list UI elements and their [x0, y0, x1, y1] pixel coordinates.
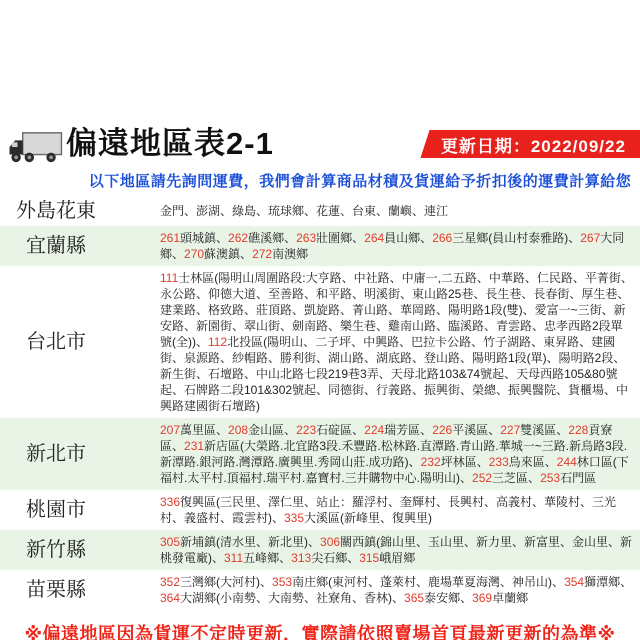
- area-names: 石碇區、: [316, 423, 364, 437]
- page-title: 偏遠地區表2-1: [66, 118, 274, 163]
- update-date-badge: 更新日期：2022/09/22: [420, 130, 640, 158]
- truck-icon: [6, 130, 64, 164]
- area-code: 266: [432, 231, 452, 245]
- region-name-label: 苗栗縣: [0, 579, 112, 601]
- region-name-label: 新竹縣: [0, 539, 112, 561]
- area-code: 208: [228, 423, 248, 437]
- area-names: 三芝區、: [492, 471, 540, 485]
- area-code: 272: [252, 247, 272, 261]
- area-names: 三星鄉(員山村泰雅路)、: [452, 231, 580, 245]
- area-code: 263: [296, 231, 316, 245]
- area-names: 泰安鄉、: [424, 591, 472, 605]
- area-names: 獅潭鄉、: [584, 575, 632, 589]
- area-names: 大溪區(新峰里、復興里): [304, 511, 432, 525]
- table-row: 新北市207萬里區、208金山區、223石碇區、224瑞芳區、226平溪區、22…: [0, 418, 640, 490]
- region-name-label: 宜蘭縣: [0, 235, 112, 257]
- area-code: 364: [160, 591, 180, 605]
- table-row: 宜蘭縣261頭城鎮、262礁溪鄉、263壯圍鄉、264員山鄉、266三星鄉(員山…: [0, 226, 640, 266]
- area-code: 352: [160, 575, 180, 589]
- region-area-list: 金門、澎湖、綠島、琉球鄉、花蓮、台東、蘭嶼、連江: [112, 203, 640, 219]
- table-row: 外島花東金門、澎湖、綠島、琉球鄉、花蓮、台東、蘭嶼、連江: [0, 196, 640, 226]
- area-names: 北投區(陽明山、二子坪、中興路、巴拉卡公路、竹子湖路、東昇路、建國街、泉源路、紗…: [160, 335, 628, 413]
- area-code: 306: [320, 535, 340, 549]
- area-code: 354: [564, 575, 584, 589]
- area-code: 369: [472, 591, 492, 605]
- area-code: 224: [364, 423, 384, 437]
- area-names: 金山區、: [248, 423, 296, 437]
- area-names: 南澳鄉: [272, 247, 308, 261]
- area-code: 264: [364, 231, 384, 245]
- region-table: 外島花東金門、澎湖、綠島、琉球鄉、花蓮、台東、蘭嶼、連江宜蘭縣261頭城鎮、26…: [0, 196, 640, 610]
- area-names: 雙溪區、: [520, 423, 568, 437]
- area-names: 石門區: [560, 471, 596, 485]
- area-code: 244: [557, 455, 577, 469]
- header: 偏遠地區表2-1 更新日期：2022/09/22: [0, 124, 640, 168]
- area-code: 111: [160, 271, 178, 285]
- content-area: 偏遠地區表2-1 更新日期：2022/09/22 以下地區請先詢問運費，我們會計…: [0, 124, 640, 640]
- area-code: 233: [489, 455, 509, 469]
- area-names: 烏來區、: [509, 455, 557, 469]
- region-name-label: 外島花東: [0, 200, 112, 222]
- shipping-fee-notice: 以下地區請先詢問運費，我們會計算商品材積及貨運給予折扣後的運費計算給您: [0, 170, 640, 191]
- footer-warning: ※偏遠地區因為貨運不定時更新，實際請依照賣場首頁最新更新的為準※: [0, 620, 640, 640]
- area-code: 353: [272, 575, 292, 589]
- area-code: 311: [224, 551, 243, 565]
- area-code: 315: [359, 551, 379, 565]
- area-code: 112: [208, 335, 227, 349]
- area-names: 五峰鄉、: [243, 551, 291, 565]
- area-code: 231: [184, 439, 204, 453]
- region-area-list: 352三灣鄉(大河村)、353南庄鄉(東河村、蓬萊村、鹿場華夏海灣、神吊山)、3…: [112, 574, 640, 606]
- area-code: 207: [160, 423, 180, 437]
- region-area-list: 261頭城鎮、262礁溪鄉、263壯圍鄉、264員山鄉、266三星鄉(員山村泰雅…: [112, 230, 640, 262]
- area-code: 313: [291, 551, 311, 565]
- region-area-list: 336復興區(三民里、澤仁里、站止：羅浮村、奎輝村、長興村、高義村、華陵村、三光…: [112, 494, 640, 526]
- area-code: 253: [540, 471, 560, 485]
- region-name-label: 台北市: [0, 331, 112, 353]
- area-code: 365: [404, 591, 424, 605]
- region-area-list: 111士林區(陽明山周圍路段:大亨路、中社路、中庸一,二五路、中華路、仁民路、平…: [112, 270, 640, 414]
- area-names: 新埔鎮(清水里、新北里)、: [180, 535, 320, 549]
- area-names: 大湖鄉(小南勢、大南勢、社寮角、香林)、: [180, 591, 404, 605]
- area-code: 336: [160, 495, 180, 509]
- table-row: 苗栗縣352三灣鄉(大河村)、353南庄鄉(東河村、蓬萊村、鹿場華夏海灣、神吊山…: [0, 570, 640, 610]
- area-names: 三灣鄉(大河村)、: [180, 575, 272, 589]
- table-row: 新竹縣305新埔鎮(清水里、新北里)、306關西鎮(錦山里、玉山里、新力里、新富…: [0, 530, 640, 570]
- area-names: 金門、澎湖、綠島、琉球鄉、花蓮、台東、蘭嶼、連江: [160, 204, 448, 218]
- area-names: 員山鄉、: [384, 231, 432, 245]
- area-names: 萬里區、: [180, 423, 228, 437]
- area-names: 南庄鄉(東河村、蓬萊村、鹿場華夏海灣、神吊山)、: [292, 575, 564, 589]
- area-code: 232: [421, 455, 441, 469]
- area-code: 228: [568, 423, 588, 437]
- area-names: 壯圍鄉、: [316, 231, 364, 245]
- table-row: 桃園市336復興區(三民里、澤仁里、站止：羅浮村、奎輝村、長興村、高義村、華陵村…: [0, 490, 640, 530]
- area-code: 267: [580, 231, 600, 245]
- page-root: 偏遠地區表2-1 更新日期：2022/09/22 以下地區請先詢問運費，我們會計…: [0, 0, 640, 640]
- table-row: 台北市111士林區(陽明山周圍路段:大亨路、中社路、中庸一,二五路、中華路、仁民…: [0, 266, 640, 418]
- region-area-list: 305新埔鎮(清水里、新北里)、306關西鎮(錦山里、玉山里、新力里、新富里、金…: [112, 534, 640, 566]
- area-code: 305: [160, 535, 180, 549]
- area-code: 262: [228, 231, 248, 245]
- region-name-label: 桃園市: [0, 499, 112, 521]
- area-code: 226: [432, 423, 452, 437]
- area-names: 頭城鎮、: [180, 231, 228, 245]
- region-name-label: 新北市: [0, 443, 112, 465]
- area-names: 卓蘭鄉: [492, 591, 528, 605]
- area-names: 蘇澳鎮、: [204, 247, 252, 261]
- area-code: 252: [472, 471, 492, 485]
- area-names: 坪林區、: [441, 455, 489, 469]
- region-area-list: 207萬里區、208金山區、223石碇區、224瑞芳區、226平溪區、227雙溪…: [112, 422, 640, 486]
- area-code: 223: [296, 423, 316, 437]
- area-code: 270: [184, 247, 204, 261]
- area-code: 261: [160, 231, 180, 245]
- area-code: 335: [284, 511, 304, 525]
- area-code: 227: [500, 423, 520, 437]
- area-names: 峨眉鄉: [379, 551, 415, 565]
- area-names: 尖石鄉、: [311, 551, 359, 565]
- area-names: 瑞芳區、: [384, 423, 432, 437]
- update-date-text: 更新日期：2022/09/22: [441, 132, 626, 157]
- area-names: 礁溪鄉、: [248, 231, 296, 245]
- area-names: 平溪區、: [452, 423, 500, 437]
